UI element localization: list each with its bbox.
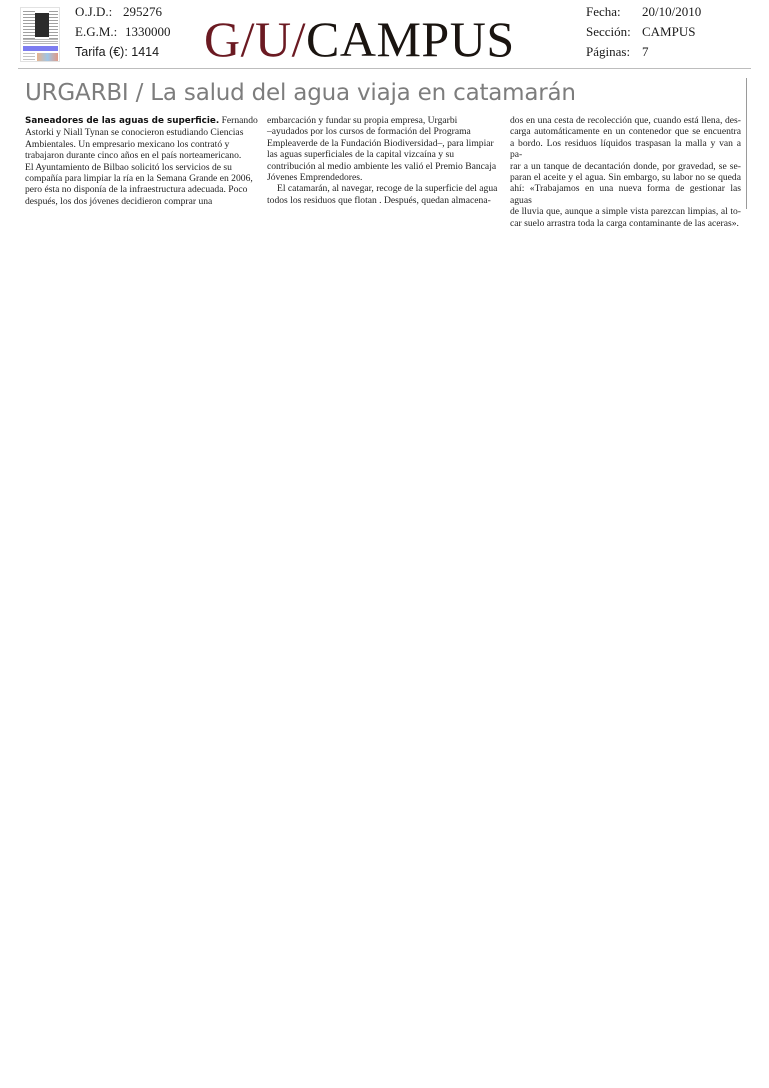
thumbnail-text-block xyxy=(23,11,35,39)
text-line: Astorki y Niall Tynan se conocieron estu… xyxy=(25,127,257,138)
publication-masthead: G/U/CAMPUS xyxy=(204,11,515,67)
text-line: carga automáticamente en un contenedor q… xyxy=(510,126,741,137)
thumbnail-text-block xyxy=(49,11,58,39)
seccion-label: Sección: xyxy=(586,22,642,42)
text-line: las aguas superficiales de la capital vi… xyxy=(267,149,500,160)
thumbnail-photo xyxy=(35,13,49,37)
article-column-1: Saneadores de las aguas de superficie. F… xyxy=(25,115,257,207)
text-line: compañía para limpiar la ría en la Seman… xyxy=(25,173,257,184)
paginas-row: Páginas:7 xyxy=(586,42,701,62)
text-line: –ayudados por los cursos de formación de… xyxy=(267,126,500,137)
text-line: Jóvenes Emprendedores. xyxy=(267,172,500,183)
text-line: después, los dos jóvenes decidieron comp… xyxy=(25,196,257,207)
text-line: ahí: «Trabajamos en una nueva forma de g… xyxy=(510,183,741,206)
text-span: Fernando xyxy=(219,115,258,126)
tarifa-value: 1414 xyxy=(131,45,159,59)
paginas-value: 7 xyxy=(642,44,649,59)
text-line: embarcación y fundar su propia empresa, … xyxy=(267,115,500,126)
fecha-label: Fecha: xyxy=(586,2,642,22)
egm-label: E.G.M.: xyxy=(75,22,125,42)
thumbnail-text-block xyxy=(23,39,58,44)
circulation-metadata: O.J.D.:295276 E.G.M.:1330000 Tarifa (€):… xyxy=(75,2,171,62)
article-right-border xyxy=(746,78,747,209)
seccion-row: Sección:CAMPUS xyxy=(586,22,701,42)
text-line: El catamarán, al navegar, recoge de la s… xyxy=(267,183,500,194)
text-line: rar a un tanque de decantación donde, po… xyxy=(510,161,741,172)
article-headline: URGARBI / La salud del agua viaja en cat… xyxy=(25,78,576,108)
text-line: Saneadores de las aguas de superficie. F… xyxy=(25,115,257,127)
text-line: a bordo. Los residuos líquidos traspasan… xyxy=(510,138,741,161)
ojd-row: O.J.D.:295276 xyxy=(75,2,171,22)
article-column-3: dos en una cesta de recolección que, cua… xyxy=(510,115,741,229)
publication-metadata: Fecha:20/10/2010 Sección:CAMPUS Páginas:… xyxy=(586,2,701,62)
text-line: trabajaron durante cinco años en el país… xyxy=(25,150,257,161)
text-line: contribución al medio ambiente les valió… xyxy=(267,161,500,172)
paginas-label: Páginas: xyxy=(586,42,642,62)
fecha-row: Fecha:20/10/2010 xyxy=(586,2,701,22)
text-line: de lluvia que, aunque a simple vista par… xyxy=(510,206,741,217)
thumbnail-ad xyxy=(37,53,58,61)
fecha-value: 20/10/2010 xyxy=(642,4,701,19)
text-line: car suelo arrastra toda la carga contami… xyxy=(510,218,741,229)
text-line: todos los residuos que flotan . Después,… xyxy=(267,195,500,206)
text-line: Ambientales. Un empresario mexicano los … xyxy=(25,139,257,150)
egm-value: 1330000 xyxy=(125,24,171,39)
header-divider xyxy=(18,68,751,69)
masthead-prefix: G/U/ xyxy=(204,11,306,67)
ojd-label: O.J.D.: xyxy=(75,2,123,22)
text-line: pero ésta no disponía de la infraestruct… xyxy=(25,184,257,195)
article-lead: Saneadores de las aguas de superficie. xyxy=(25,116,219,126)
article-column-2: embarcación y fundar su propia empresa, … xyxy=(267,115,500,206)
text-line: dos en una cesta de recolección que, cua… xyxy=(510,115,741,126)
ojd-value: 295276 xyxy=(123,4,162,19)
text-line: El Ayuntamiento de Bilbao solicitó los s… xyxy=(25,162,257,173)
egm-row: E.G.M.:1330000 xyxy=(75,22,171,42)
text-line: paran el aceite y el agua. Sin embargo, … xyxy=(510,172,741,183)
page-thumbnail xyxy=(20,7,60,62)
tarifa-label: Tarifa (€): xyxy=(75,45,128,59)
seccion-value: CAMPUS xyxy=(642,24,695,39)
thumbnail-text-block xyxy=(23,53,35,61)
tarifa-row: Tarifa (€): 1414 xyxy=(75,42,171,62)
thumbnail-banner xyxy=(23,46,58,51)
text-line: Empleaverde de la Fundación Biodiversida… xyxy=(267,138,500,149)
masthead-name: CAMPUS xyxy=(306,11,515,67)
